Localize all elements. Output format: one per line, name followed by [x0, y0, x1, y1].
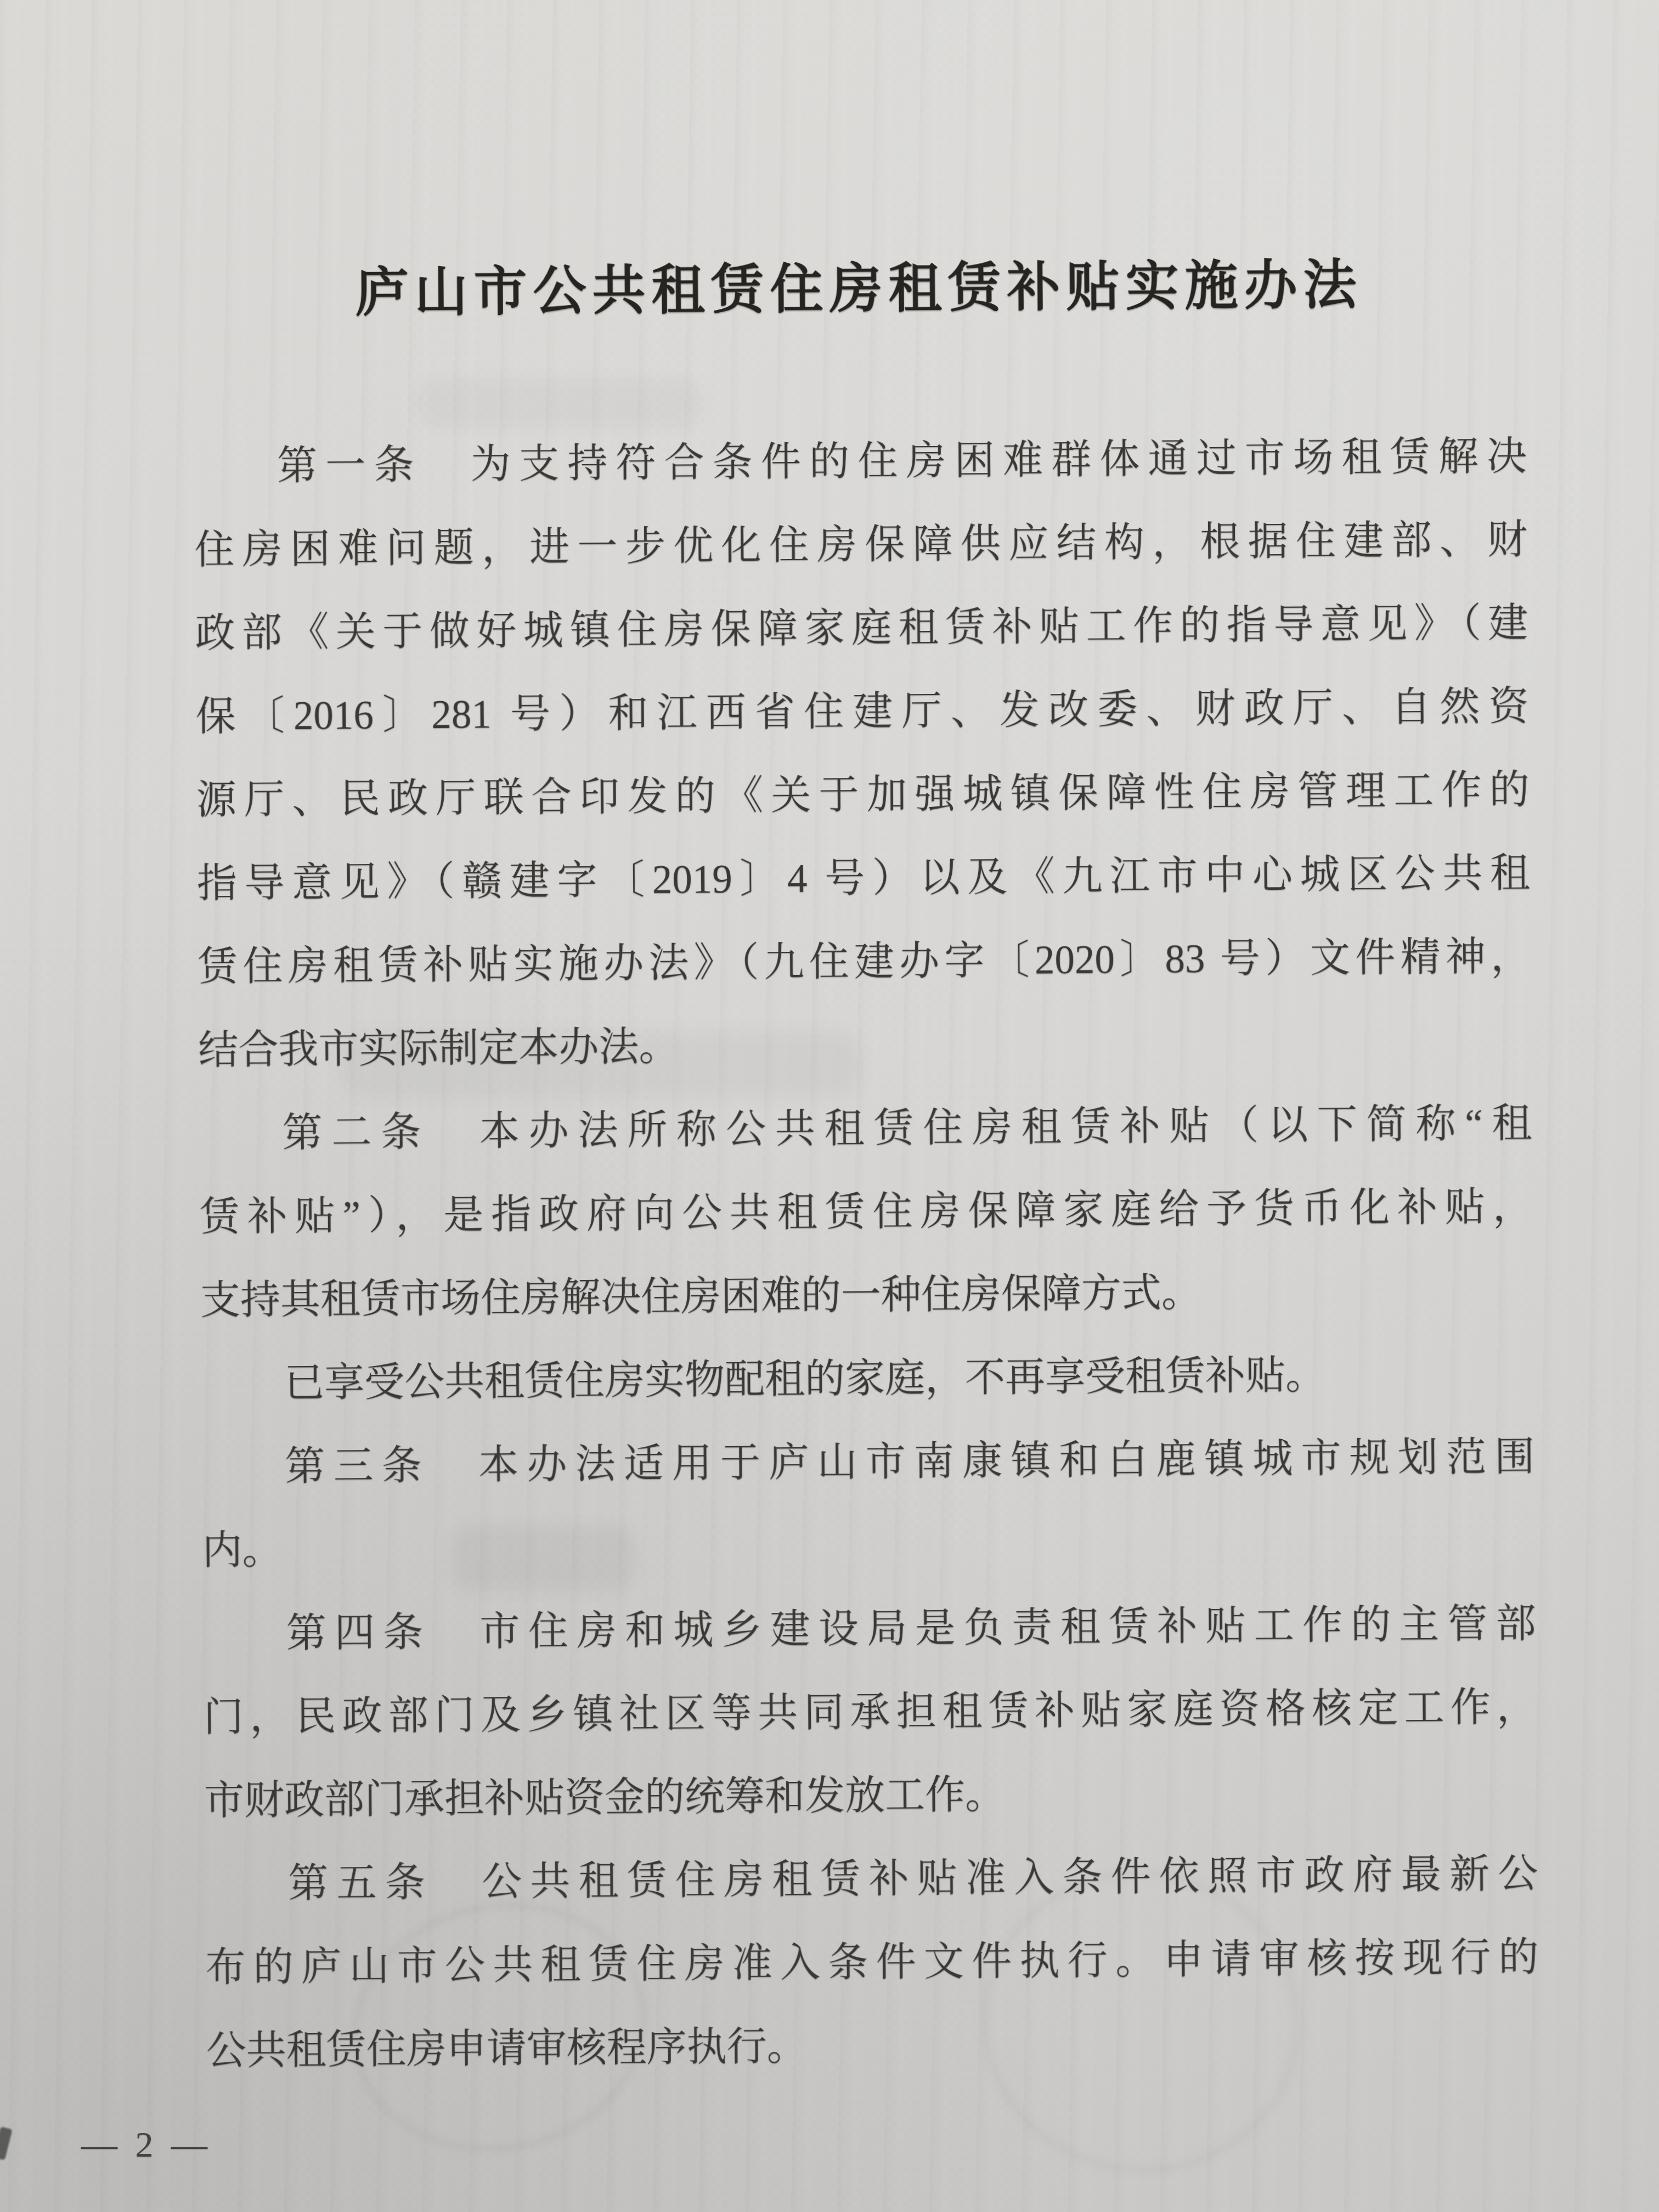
text-line: 门，民政部门及乡镇社区等共同承担租赁补贴家庭资格核定工作，: [203, 1665, 1537, 1759]
document-body: 庐山市公共租赁住房租赁补贴实施办法 第一条 为支持符合条件的住房困难群体通过市场…: [192, 242, 1539, 2092]
text-line: 赁补贴”），是指政府向公共租赁住房保障家庭给予货币化补贴，: [199, 1165, 1533, 1259]
document-text: 第一条 为支持符合条件的住房困难群体通过市场租赁解决住房困难问题，进一步优化住房…: [193, 414, 1539, 2092]
text-line: 第五条 公共租赁住房租赁补贴准入条件依照市政府最新公: [205, 1832, 1538, 1926]
page-number: — 2 —: [81, 2124, 212, 2166]
text-line: 源厅、民政厅联合印发的《关于加强城镇保障性住房管理工作的: [196, 748, 1530, 842]
text-line: 第二条 本办法所称公共租赁住房租赁补贴（以下简称“租: [199, 1081, 1532, 1175]
document-title: 庐山市公共租赁住房租赁补贴实施办法: [192, 242, 1526, 335]
text-line: 第三条 本办法适用于庐山市南康镇和白鹿镇城市规划范围: [201, 1415, 1535, 1509]
text-line: 支持其租赁市场住房解决住房困难的一种住房保障方式。: [200, 1248, 1533, 1342]
text-line: 公共租赁住房申请审核程序执行。: [206, 1999, 1539, 2092]
text-line: 赁住房租赁补贴实施办法》（九住建办字〔2020〕83 号）文件精神，: [198, 915, 1531, 1008]
text-line: 结合我市实际制定本办法。: [198, 998, 1532, 1092]
text-line: 保〔2016〕281 号）和江西省住建厅、发改委、财政厅、自然资: [195, 664, 1529, 758]
text-line: 内。: [202, 1498, 1536, 1592]
text-line: 已享受公共租赁住房实物配租的家庭，不再享受租赁补贴。: [201, 1331, 1534, 1425]
document-page: 庐山市公共租赁住房租赁补贴实施办法 第一条 为支持符合条件的住房困难群体通过市场…: [0, 0, 1659, 2212]
text-line: 第一条 为支持符合条件的住房困难群体通过市场租赁解决: [193, 414, 1527, 508]
text-line: 第四条 市住房和城乡建设局是负责租赁补贴工作的主管部: [202, 1582, 1536, 1675]
text-line: 指导意见》（赣建字〔2019〕4 号）以及《九江市中心城区公共租: [196, 831, 1530, 925]
text-line: 市财政部门承担补贴资金的统筹和发放工作。: [204, 1748, 1538, 1842]
text-line: 住房困难问题，进一步优化住房保障供应结构，根据住建部、财: [194, 498, 1528, 591]
text-line: 政部《关于做好城镇住房保障家庭租赁补贴工作的指导意见》（建: [195, 581, 1528, 675]
text-line: 布的庐山市公共租赁住房准入条件文件执行。申请审核按现行的: [205, 1915, 1539, 2009]
